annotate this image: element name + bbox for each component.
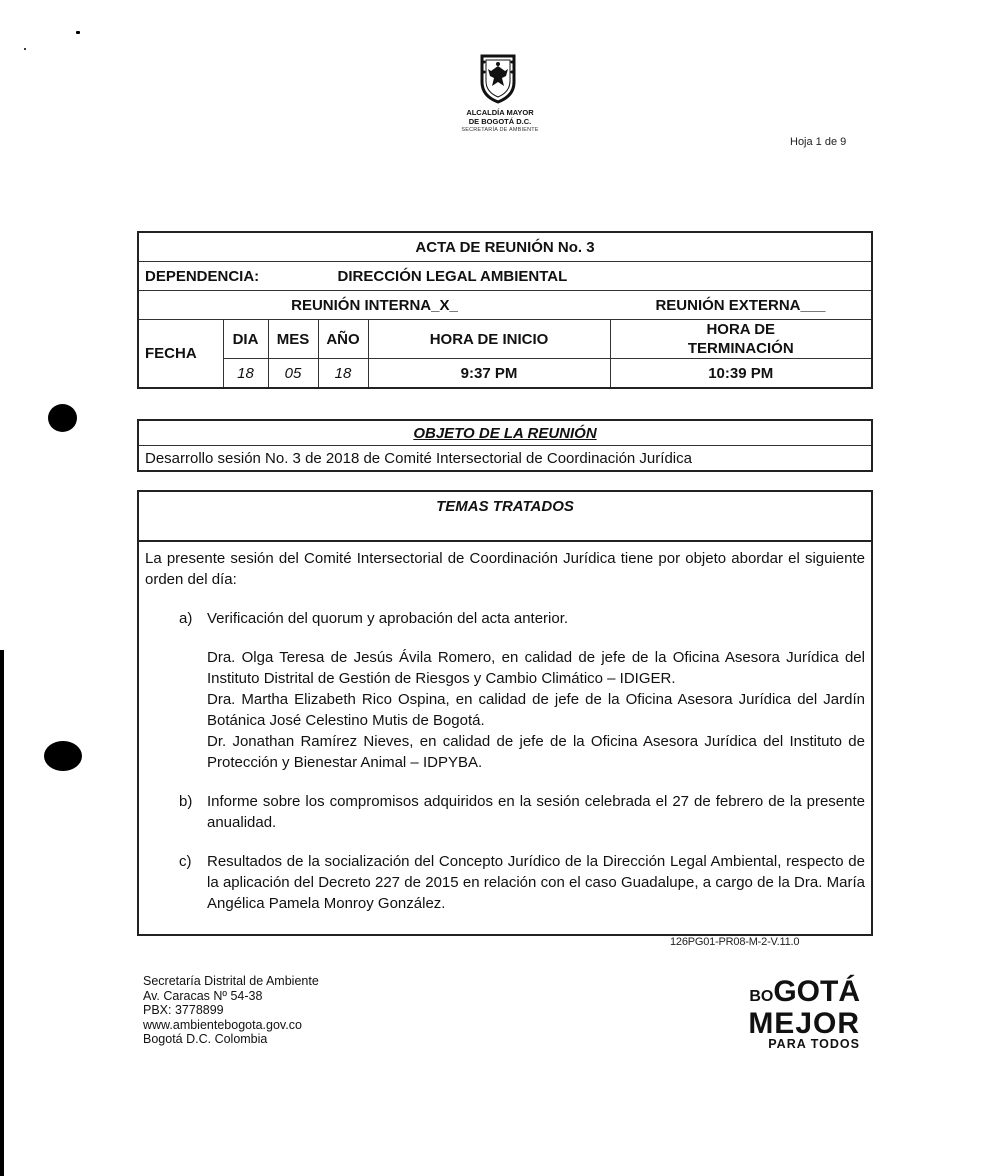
crest-line-1: ALCALDÍA MAYOR [440,108,560,117]
footer-address: Secretaría Distrital de Ambiente Av. Car… [143,974,319,1047]
scan-artifact-speck [76,31,80,34]
bogota-crest-icon [478,52,518,104]
bogota-mejor-logo: BOGOTÁ MEJOR PARA TODOS [745,978,860,1051]
temas-heading: TEMAS TRATADOS [139,492,871,542]
fecha-label: FECHA [138,320,223,389]
hora-inicio-value: 9:37 PM [368,359,610,389]
crest-line-2: DE BOGOTÁ D.C. [440,117,560,126]
brand-line-1: GOTÁ [773,975,860,1008]
acta-title: ACTA DE REUNIÓN No. 3 [138,232,872,262]
attendees-list: Dra. Olga Teresa de Jesús Ávila Romero, … [207,647,865,773]
agenda-item-text: Informe sobre los compromisos adquiridos… [207,791,865,833]
hora-fin-label: HORA DE TERMINACIÓN [610,320,872,359]
objeto-heading: OBJETO DE LA REUNIÓN [138,420,872,446]
agenda-item-text: Verificación del quorum y aprobación del… [207,608,865,629]
page-indicator: Hoja 1 de 9 [790,136,846,148]
scan-artifact-speck [24,48,26,50]
dia-value: 18 [223,359,268,389]
anio-value: 18 [318,359,368,389]
agenda-item: c) Resultados de la socialización del Co… [145,851,865,914]
dependencia-row: DEPENDENCIA: DIRECCIÓN LEGAL AMBIENTAL [138,262,872,291]
scan-edge-shadow [0,650,4,1176]
anio-label: AÑO [318,320,368,359]
agenda-item-marker: c) [145,851,207,914]
attendee: Dra. Olga Teresa de Jesús Ávila Romero, … [207,647,865,689]
crest-line-3: SECRETARÍA DE AMBIENTE [440,126,560,135]
punch-hole-top [48,404,77,432]
temas-intro: La presente sesión del Comité Intersecto… [145,548,865,590]
hora-fin-value: 10:39 PM [610,359,872,389]
mes-value: 05 [268,359,318,389]
agenda-item: a) Verificación del quorum y aprobación … [145,608,865,629]
agenda-item-marker: b) [145,791,207,833]
objeto-text: Desarrollo sesión No. 3 de 2018 de Comit… [138,446,872,472]
footer-line: Secretaría Distrital de Ambiente [143,974,319,989]
dia-label: DIA [223,320,268,359]
reunion-interna: REUNIÓN INTERNA_X_ [138,291,610,320]
reunion-externa: REUNIÓN EXTERNA___ [610,291,872,320]
dependencia-value: DIRECCIÓN LEGAL AMBIENTAL [338,268,568,285]
temas-tratados-section: TEMAS TRATADOS La presente sesión del Co… [137,490,873,936]
agenda-item-text: Resultados de la socialización del Conce… [207,851,865,914]
hora-inicio-label: HORA DE INICIO [368,320,610,359]
mes-label: MES [268,320,318,359]
footer-line: Av. Caracas Nº 54-38 [143,989,319,1004]
attendee: Dra. Martha Elizabeth Rico Ospina, en ca… [207,689,865,731]
brand-prefix: BO [749,988,773,1005]
form-code: 126PG01-PR08-M-2-V.11.0 [670,936,799,948]
objeto-table: OBJETO DE LA REUNIÓN Desarrollo sesión N… [137,419,873,472]
footer-website: www.ambientebogota.gov.co [143,1018,319,1033]
institution-name: ALCALDÍA MAYOR DE BOGOTÁ D.C. SECRETARÍA… [440,108,560,135]
punch-hole-bottom [44,741,82,771]
brand-line-2: MEJOR [745,1011,860,1037]
footer-line: PBX: 3778899 [143,1003,319,1018]
dependencia-label: DEPENDENCIA: [145,268,259,285]
agenda-item-marker: a) [145,608,207,629]
acta-header-table: ACTA DE REUNIÓN No. 3 DEPENDENCIA: DIREC… [137,231,873,389]
attendee: Dr. Jonathan Ramírez Nieves, en calidad … [207,731,865,773]
footer-line: Bogotá D.C. Colombia [143,1032,319,1047]
agenda-item: b) Informe sobre los compromisos adquiri… [145,791,865,833]
